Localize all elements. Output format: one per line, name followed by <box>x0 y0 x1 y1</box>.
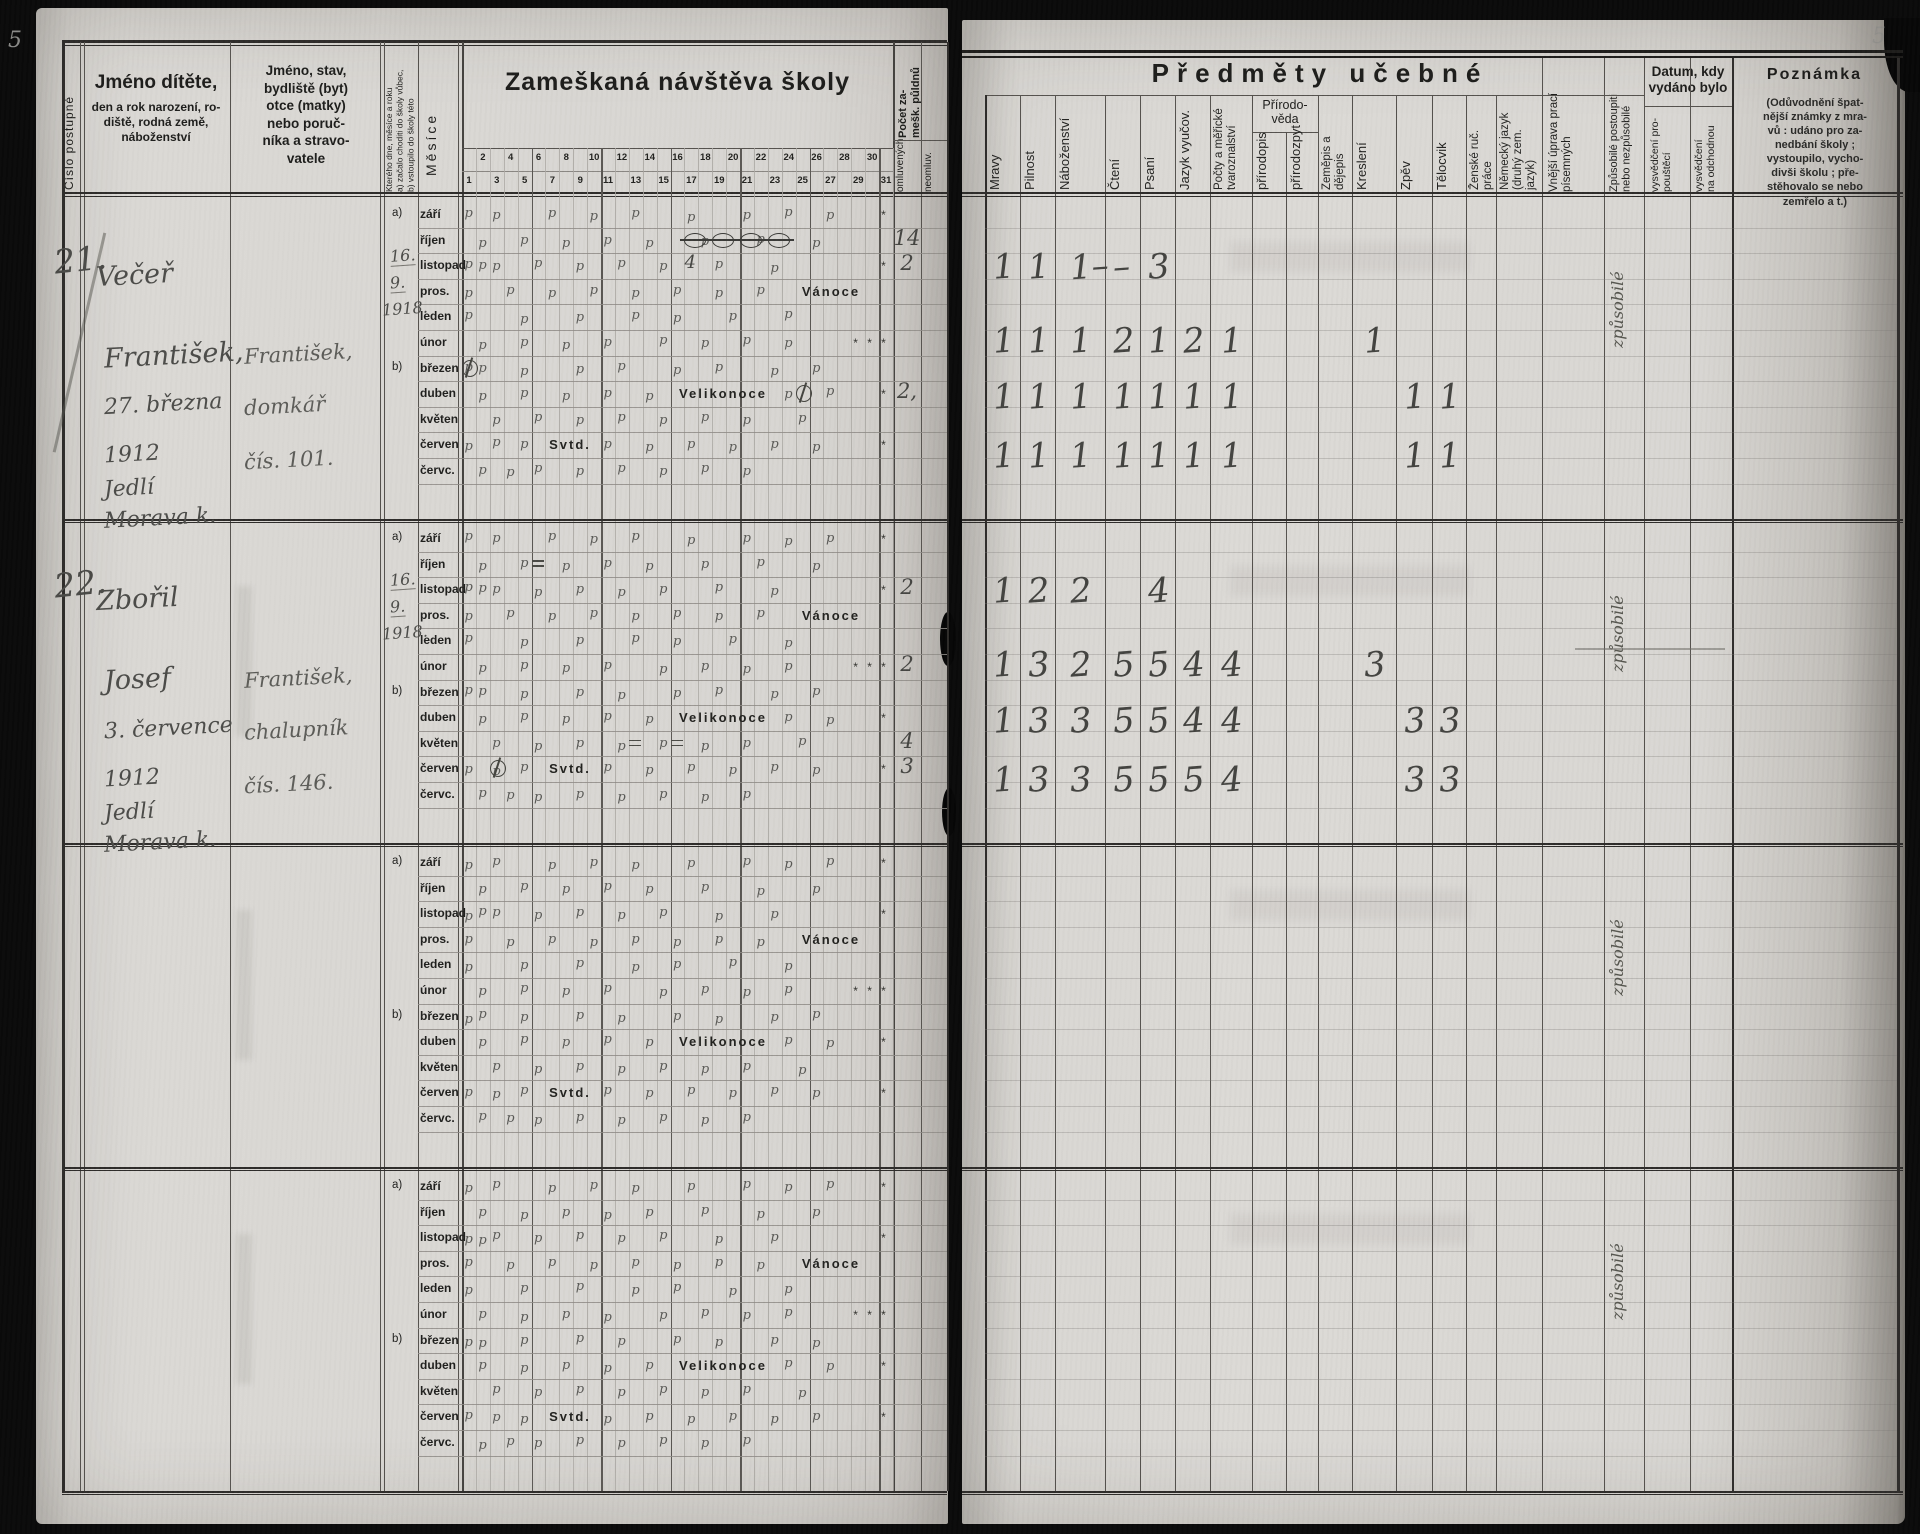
parent-name-line: domkář <box>243 392 325 420</box>
attendance-mark: p <box>701 659 709 674</box>
attendance-mark: p <box>617 461 625 476</box>
month-label: duben <box>420 710 462 724</box>
attendance-mark: p <box>465 308 473 323</box>
attendance-mark: p <box>812 1336 820 1351</box>
attendance-mark: p <box>770 907 778 922</box>
missing-day-asterisk: * <box>853 1308 858 1322</box>
missing-day-asterisk: * <box>867 984 872 998</box>
attendance-mark: p <box>784 636 792 651</box>
attendance-mark: p <box>770 1083 778 1098</box>
bleedthrough-smudge <box>1230 890 1470 920</box>
attendance-mark: p <box>520 1361 528 1376</box>
left-column-line <box>380 42 381 1491</box>
attendance-mark: p <box>562 984 570 999</box>
attendance-mark: p <box>617 410 625 425</box>
attendance-mark: p <box>743 854 751 869</box>
frame-top-rule2 <box>62 45 947 46</box>
attendance-mark: p <box>617 908 625 923</box>
day-number: 4 <box>503 152 519 163</box>
attendance-mark: p <box>465 529 473 544</box>
month-row-line <box>418 782 947 783</box>
attendance-mark: p <box>576 685 584 700</box>
attendance-mark: p <box>715 360 723 375</box>
attendance-mark: p <box>506 1258 514 1273</box>
attendance-mark: p <box>465 858 473 873</box>
month-label: duben <box>420 386 462 400</box>
attendance-mark: p <box>812 559 820 574</box>
entry-date-line: 9. <box>389 272 406 293</box>
promotion-remark: způsobilé <box>1608 1208 1642 1320</box>
grade-value: 1 <box>1146 435 1170 476</box>
rp-faint-row-line <box>985 952 1897 953</box>
equals-scribble <box>532 565 544 567</box>
day-number: 23 <box>767 175 783 186</box>
attendance-mark: p <box>534 790 542 805</box>
holiday-label: Velikonoce <box>670 1358 776 1373</box>
column-header-final-certificate: vysvědčení na odchodnou <box>1694 110 1728 192</box>
day-grid-line <box>698 148 699 1491</box>
attendance-mark: p <box>478 1233 486 1248</box>
attendance-mark: p <box>687 1179 695 1194</box>
attendance-mark: p <box>478 684 486 699</box>
day-number: 7 <box>544 175 560 186</box>
attendance-mark: p <box>659 1308 667 1323</box>
attendance-mark: p <box>465 631 473 646</box>
attendance-mark: p <box>617 1231 625 1246</box>
attendance-mark: p <box>478 1307 486 1322</box>
parent-name-line: čís. 146. <box>243 770 334 799</box>
attendance-mark: p <box>478 581 486 596</box>
attendance-mark: p <box>492 905 500 920</box>
attendance-mark: p <box>465 909 473 924</box>
attendance-mark: p <box>631 960 639 975</box>
attendance-mark: p <box>465 286 473 301</box>
month-label: září <box>420 1179 462 1193</box>
month-label: září <box>420 207 462 221</box>
attendance-mark: p <box>576 1279 584 1294</box>
attendance-mark: p <box>534 908 542 923</box>
missing-day-asterisk: * <box>881 1231 886 1245</box>
attendance-mark: p <box>590 606 598 621</box>
rp-faint-row-line <box>985 808 1897 809</box>
attendance-mark: p <box>743 1382 751 1397</box>
month-row-line <box>418 1200 947 1201</box>
attendance-mark: p <box>673 957 681 972</box>
attendance-mark: p <box>576 633 584 648</box>
attendance-mark: p <box>617 1011 625 1026</box>
attendance-mark: p <box>576 582 584 597</box>
attendance-mark: p <box>590 1178 598 1193</box>
attendance-mark: p <box>729 309 737 324</box>
month-row-line <box>418 458 947 459</box>
month-label: červen <box>420 1085 462 1099</box>
attendance-mark: p <box>617 1385 625 1400</box>
attendance-mark: p <box>715 257 723 272</box>
attendance-mark: p <box>715 609 723 624</box>
attendance-mark: p <box>548 1181 556 1196</box>
month-row-line <box>418 381 947 382</box>
attendance-mark: p <box>478 236 486 251</box>
attendance-mark: p <box>604 437 612 452</box>
attendance-mark: p <box>659 582 667 597</box>
day-grid-line <box>545 148 546 1491</box>
grade-value: 1 <box>1403 376 1427 417</box>
attendance-mark: p <box>465 1255 473 1270</box>
month-row-line <box>418 603 947 604</box>
student-name-line: Jedlí <box>103 475 154 503</box>
grade-value: 1 <box>991 246 1015 287</box>
attendance-mark: p <box>548 609 556 624</box>
rp-subject-top-line <box>985 95 1644 96</box>
attendance-mark: p <box>784 959 792 974</box>
missing-day-asterisk: * <box>881 660 886 674</box>
day-number: 20 <box>725 152 741 163</box>
attendance-mark: p <box>506 788 514 803</box>
day-grid-line <box>601 148 603 1491</box>
halfday-count: 2 <box>888 251 926 275</box>
attendance-mark: p <box>465 580 473 595</box>
month-row-line <box>418 279 947 280</box>
rp-faint-row-line <box>985 1200 1897 1201</box>
grade-value: 5 <box>1111 644 1135 685</box>
month-row-line <box>418 1276 947 1277</box>
bleedthrough-smudge <box>236 586 252 736</box>
month-row-line <box>418 1080 947 1081</box>
attendance-mark: p <box>604 1310 612 1325</box>
missing-day-asterisk: * <box>881 856 886 870</box>
grade-value: 1 <box>1220 376 1244 417</box>
attendance-mark: p <box>701 1203 709 1218</box>
tally-strike-line <box>680 239 793 241</box>
grade-value: 4 <box>1220 759 1244 800</box>
missing-day-asterisk: * <box>867 1308 872 1322</box>
attendance-mark: p <box>812 1205 820 1220</box>
attendance-mark: p <box>631 932 639 947</box>
attendance-mark: p <box>576 413 584 428</box>
attendance-mark: p <box>770 437 778 452</box>
rp-block-separator <box>962 519 1903 521</box>
month-row-line <box>418 253 947 254</box>
attendance-mark: p <box>659 662 667 677</box>
attendance-mark: p <box>812 440 820 455</box>
attendance-mark: p <box>478 1007 486 1022</box>
month-label: pros. <box>420 608 462 622</box>
attendance-mark: p <box>729 1284 737 1299</box>
day-number: 18 <box>697 152 713 163</box>
attendance-mark: p <box>729 632 737 647</box>
attendance-mark: p <box>492 1059 500 1074</box>
attendance-mark: p <box>520 1010 528 1025</box>
grade-value: 1 <box>1111 435 1135 476</box>
attendance-mark: p <box>673 1258 681 1273</box>
column-header-child-name-sub: den a rok narození, ro- diště, rodná zem… <box>84 100 228 145</box>
attendance-mark: p <box>604 1208 612 1223</box>
grade-value: 1 <box>991 570 1015 611</box>
attendance-mark: p <box>465 257 473 272</box>
attendance-mark: p <box>701 1305 709 1320</box>
grade-value: 1 <box>1026 246 1050 287</box>
attendance-mark: p <box>492 1382 500 1397</box>
attendance-mark: p <box>478 258 486 273</box>
month-label: duben <box>420 1358 462 1372</box>
month-row-line <box>418 1251 947 1252</box>
holiday-label: Svtd. <box>545 1409 595 1424</box>
grade-value: 1 <box>991 435 1015 476</box>
month-row-line <box>418 484 947 485</box>
block-separator2 <box>62 1170 947 1171</box>
missing-day-asterisk: * <box>881 387 886 401</box>
day-grid-line <box>476 148 477 1491</box>
day-grid-line <box>490 148 491 1491</box>
attendance-mark: p <box>478 1438 486 1453</box>
missing-day-asterisk: * <box>881 208 886 222</box>
attendance-mark: p <box>631 529 639 544</box>
attendance-mark: p <box>770 687 778 702</box>
attendance-mark: p <box>548 529 556 544</box>
subject-column-label: Náboženství <box>1058 98 1102 190</box>
attendance-mark: p <box>534 461 542 476</box>
attendance-mark: p <box>492 413 500 428</box>
holiday-label: Vánoce <box>775 1256 887 1271</box>
missing-day-asterisk: * <box>881 984 886 998</box>
month-label: březen <box>420 685 462 699</box>
day-grid-line <box>587 148 588 1491</box>
attendance-mark: p <box>659 1110 667 1125</box>
missing-day-asterisk: * <box>881 583 886 597</box>
attendance-mark: p <box>701 1113 709 1128</box>
attendance-mark: p <box>812 1409 820 1424</box>
day-grid-line <box>823 148 824 1491</box>
attendance-mark: p <box>743 662 751 677</box>
grade-value: 2 <box>1111 320 1135 361</box>
attendance-mark: p <box>770 1230 778 1245</box>
attendance-mark: p <box>520 687 528 702</box>
attendance-mark: p <box>784 1033 792 1048</box>
rp-column-line <box>1286 132 1287 1491</box>
attendance-mark: p <box>798 411 806 426</box>
attendance-mark: p <box>465 1408 473 1423</box>
attendance-mark: p <box>687 856 695 871</box>
attendance-mark: p <box>548 206 556 221</box>
month-row-line <box>418 731 947 732</box>
attendance-mark: p <box>590 209 598 224</box>
attendance-mark: p <box>465 206 473 221</box>
equals-scribble <box>671 745 683 747</box>
grade-value: 5 <box>1146 644 1170 685</box>
attendance-mark: p <box>604 1361 612 1376</box>
day-number: 25 <box>795 175 811 186</box>
attendance-mark: p <box>798 734 806 749</box>
attendance-mark: p <box>784 1305 792 1320</box>
attendance-mark: p <box>604 1412 612 1427</box>
month-row-line <box>418 1029 947 1030</box>
attendance-mark: p <box>562 1035 570 1050</box>
attendance-mark: p <box>534 410 542 425</box>
attendance-mark: p <box>492 582 500 597</box>
attendance-mark: p <box>562 1205 570 1220</box>
attendance-mark: p <box>520 1310 528 1325</box>
grade-value: 4 <box>1181 644 1205 685</box>
subject-column-label: Německý jazyk (druhý zem. jazyk) <box>1499 98 1539 190</box>
attendance-mark: p <box>590 1258 598 1273</box>
missing-day-asterisk: * <box>853 984 858 998</box>
attendance-mark: p <box>729 1086 737 1101</box>
month-row-line <box>418 756 947 757</box>
month-row-line <box>418 1225 947 1226</box>
grade-value: 1 <box>1363 320 1387 361</box>
attendance-mark: p <box>478 786 486 801</box>
day-number: 5 <box>517 175 533 186</box>
missing-day-asterisk: * <box>867 660 872 674</box>
rp-block-separator <box>962 1491 1903 1493</box>
attendance-mark: p <box>645 1358 653 1373</box>
day-grid-line <box>865 148 866 1491</box>
grade-value: 3 <box>1146 246 1170 287</box>
attendance-mark: p <box>756 283 764 298</box>
attendance-mark: p <box>812 236 820 251</box>
entry-date-line: 16. <box>389 569 416 591</box>
column-header-unexcused: neomluv. <box>923 142 945 192</box>
attendance-mark: p <box>784 659 792 674</box>
month-label: červen <box>420 761 462 775</box>
grade-value: 5 <box>1146 700 1170 741</box>
grade-value: 1 <box>1111 376 1135 417</box>
rp-faint-row-line <box>985 978 1897 979</box>
attendance-mark: p <box>590 532 598 547</box>
day-grid-line <box>504 148 505 1491</box>
section-marker-b: b) <box>392 1009 402 1021</box>
attendance-mark: p <box>520 760 528 775</box>
attendance-mark: p <box>506 935 514 950</box>
attendance-mark: p <box>604 760 612 775</box>
grade-value: 4 <box>1146 570 1170 611</box>
remark-underline <box>1575 648 1725 650</box>
missing-day-asterisk: * <box>881 1308 886 1322</box>
attendance-mark: p <box>492 1087 500 1102</box>
attendance-mark: p <box>520 233 528 248</box>
attendance-mark: p <box>729 955 737 970</box>
rp-faint-row-line <box>985 876 1897 877</box>
missing-day-asterisk: * <box>881 438 886 452</box>
grade-value: 1 <box>1438 435 1462 476</box>
attendance-mark: p <box>743 985 751 1000</box>
month-row-line <box>418 1353 947 1354</box>
grade-value: 2 <box>1181 320 1205 361</box>
student-name-line: Jedlí <box>103 799 154 827</box>
attendance-mark: p <box>506 1434 514 1449</box>
rp-faint-row-line <box>985 1302 1897 1303</box>
attendance-mark: p <box>520 958 528 973</box>
attendance-mark: p <box>770 760 778 775</box>
attendance-mark: p <box>687 210 695 225</box>
day-number: 19 <box>711 175 727 186</box>
rp-faint-row-line <box>985 1029 1897 1030</box>
attendance-mark: p <box>631 858 639 873</box>
attendance-mark: p <box>756 555 764 570</box>
rp-faint-row-line <box>985 1004 1897 1005</box>
attendance-mark: p <box>562 236 570 251</box>
attendance-mark: p <box>548 1255 556 1270</box>
day-number: 1 <box>461 175 477 186</box>
rp-faint-row-line <box>985 927 1897 928</box>
entry-date-line: 16. <box>389 245 416 267</box>
day-grid-line <box>615 148 616 1491</box>
rp-faint-row-line <box>985 1132 1897 1133</box>
attendance-mark: p <box>715 286 723 301</box>
bleedthrough-smudge <box>1230 566 1470 596</box>
attendance-mark: p <box>659 1228 667 1243</box>
grade-value: 1– <box>1069 246 1110 289</box>
attendance-mark: p <box>617 790 625 805</box>
month-row-line <box>418 1106 947 1107</box>
attendance-mark: p <box>492 1228 500 1243</box>
subject-column-label: Kreslení <box>1355 98 1393 190</box>
attendance-mark: p <box>645 1086 653 1101</box>
attendance-mark: p <box>604 879 612 894</box>
day-number: 6 <box>531 152 547 163</box>
attendance-mark: p <box>645 1409 653 1424</box>
attendance-mark: p <box>478 1336 486 1351</box>
attendance-mark: p <box>770 1412 778 1427</box>
day-number: 15 <box>656 175 672 186</box>
attendance-mark: p <box>576 259 584 274</box>
month-row-line <box>418 808 947 809</box>
attendance-mark: p <box>492 531 500 546</box>
attendance-mark: p <box>520 709 528 724</box>
attendance-mark: p <box>478 1205 486 1220</box>
grade-value: 3 <box>1403 759 1427 800</box>
attendance-mark: p <box>631 1255 639 1270</box>
attendance-mark: p <box>645 763 653 778</box>
missing-day-asterisk: * <box>881 762 886 776</box>
month-row-line <box>418 1004 947 1005</box>
attendance-mark: p <box>826 1177 834 1192</box>
attendance-mark: p <box>576 736 584 751</box>
equals-scribble <box>629 740 641 742</box>
day-number: 17 <box>683 175 699 186</box>
column-header-months: Měsíce <box>424 56 458 176</box>
section-marker-a: a) <box>392 855 402 867</box>
rp-faint-row-line <box>985 1379 1897 1380</box>
attendance-mark: p <box>784 1282 792 1297</box>
equals-scribble <box>629 745 641 747</box>
attendance-mark: p <box>478 1109 486 1124</box>
month-label: květen <box>420 412 462 426</box>
day-grid-line <box>657 148 658 1491</box>
attendance-mark: p <box>534 256 542 271</box>
attendance-mark: p <box>576 1331 584 1346</box>
attendance-mark: p <box>617 1334 625 1349</box>
attendance-mark: p <box>645 389 653 404</box>
attendance-mark: p <box>756 1207 764 1222</box>
grade-value: 4 <box>1220 644 1244 685</box>
attendance-mark: p <box>492 208 500 223</box>
attendance-mark: p <box>617 1436 625 1451</box>
day-grid-line <box>851 148 852 1491</box>
student-name-line: Večeř <box>95 258 174 293</box>
month-label: červc. <box>420 787 462 801</box>
attendance-mark: p <box>673 311 681 326</box>
attendance-mark: p <box>812 1007 820 1022</box>
attendance-mark: p <box>534 1062 542 1077</box>
grade-value: 1 <box>991 759 1015 800</box>
attendance-mark: p <box>604 335 612 350</box>
subject-column-label: Jazyk vyučov. <box>1178 98 1207 190</box>
holiday-label: Svtd. <box>545 437 595 452</box>
attendance-mark: p <box>701 880 709 895</box>
rp-date-underline <box>1644 106 1732 107</box>
month-label: únor <box>420 983 462 997</box>
